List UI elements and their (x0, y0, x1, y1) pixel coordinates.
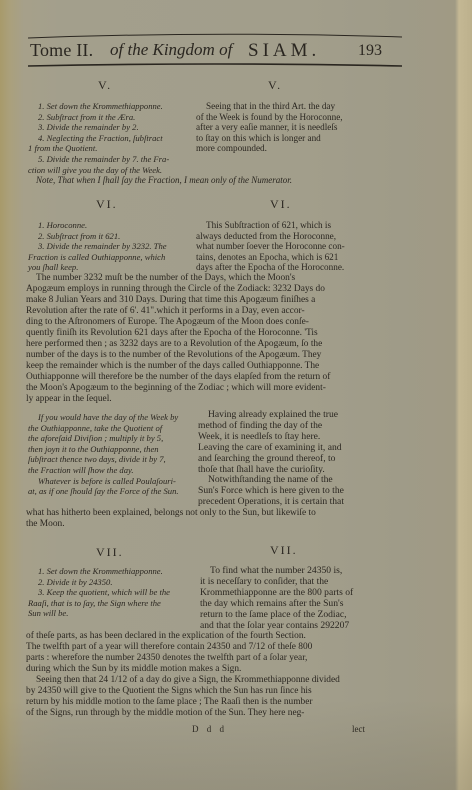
tome-label: Tome II. (30, 40, 93, 61)
section-v-right-heading: V. (268, 78, 282, 93)
section-v-rules: 1. Set down the Krommethiapponne. 2. Sub… (28, 101, 188, 175)
paragraph-line: number of the days is to the number of t… (26, 350, 364, 361)
paragraph-line: the Moon. (26, 519, 364, 530)
header-rule-bottom (28, 62, 402, 70)
section-vi-left-heading: VI. (96, 197, 118, 212)
paragraph-line: the Moon's Apogæum to the beginning of t… (26, 383, 364, 394)
paragraph-line: make 8 Julian Years and 310 Days. During… (26, 295, 364, 306)
section-v-commentary: Seeing that in the third Art. the day of… (196, 101, 362, 154)
commentary-line: to ſtay on this which is longer and (196, 133, 362, 144)
rule-line: ction will give you the day of the Week. (28, 165, 188, 176)
catchword: lect (352, 724, 365, 734)
section-vi-rules: 1. Horoconne. 2. Subſtract from it 621. … (28, 220, 190, 273)
rule-line: Whatever is before is called Poulaſouri- (28, 476, 192, 487)
section-vi-rules-2: If you would have the day of the Week by… (28, 412, 192, 497)
rule-line: 5. Divide the remainder by 7. the Fra- (28, 154, 188, 165)
title-caps: SIAM. (248, 40, 320, 62)
commentary-line: and ſearching the ground thereof, to (198, 454, 362, 465)
rule-line: 3. Keep the quotient, which will be the (28, 587, 192, 598)
rule-line: 4. Neglecting the Fraction, ſubſtract (28, 133, 188, 144)
rule-line: 1. Set down the Krommethiapponne. (28, 566, 192, 577)
rule-line: 1 from the Quotient. (28, 143, 188, 154)
section-vii-paragraph: of theſe parts, as has been declared in … (26, 631, 364, 719)
paragraph-line: parts : wherefore the number 24350 denot… (26, 653, 364, 664)
section-vi-tail: what has hitherto been explained, belong… (26, 508, 364, 530)
paragraph-line: of theſe parts, as has been declared in … (26, 631, 364, 642)
commentary-line: more compounded. (196, 143, 362, 154)
rule-line: at, as if one ſhould ſay the Force of th… (28, 486, 192, 497)
section-vi-paragraph: The number 3232 muſt be the number of th… (26, 273, 364, 405)
rule-line: 1. Horoconne. (28, 220, 190, 231)
commentary-line: of the Week is found by the Horoconne, (196, 112, 362, 123)
rule-line: the Fraction will ſhow the day. (28, 465, 192, 476)
paragraph-line: The number 3232 muſt be the number of th… (26, 273, 364, 284)
paragraph-line: what has hitherto been explained, belong… (26, 508, 364, 519)
commentary-line: and that the ſolar year contains 292207 (200, 621, 362, 632)
rule-line: the aforeſaid Diviſion ; multiply it by … (28, 433, 192, 444)
rule-line: ſubſtract thence two days, divide it by … (28, 454, 192, 465)
commentary-line: always deducted from the Horoconne, (196, 231, 362, 242)
section-v-note: Note, That when I ſhall ſay the Fraction… (26, 175, 364, 186)
rule-line: Sun will be. (28, 608, 192, 619)
header-rule-top (28, 32, 402, 40)
title-italic: of the Kingdom of (110, 40, 232, 60)
paragraph-line: ding to the Aſtronomers of Europe. The A… (26, 317, 364, 328)
commentary-line: the day which remains after the Sun's (200, 599, 362, 610)
commentary-line: what number ſoever the Horoconne con- (196, 241, 362, 252)
rule-line: If you would have the day of the Week by (28, 412, 192, 423)
paragraph-line: Revolution after the rate of 6'. 41".whi… (26, 306, 364, 317)
commentary-line: precedent Operations, it is certain that (198, 497, 362, 508)
commentary-line: after a very eaſie manner, it is needleſ… (196, 122, 362, 133)
section-vi-commentary-2: Having already explained the true method… (198, 410, 362, 508)
rule-line: Raaſi, that is to ſay, the Sign where th… (28, 598, 192, 609)
commentary-line: tains, denotes an Epocha, which is 621 (196, 252, 362, 263)
section-vi-commentary: This Subſtraction of 621, which is alway… (196, 220, 362, 273)
page-number: 193 (358, 42, 382, 60)
rule-line: you ſhall keep. (28, 262, 190, 273)
rule-line: then joyn it to the Outhiapponne, then (28, 444, 192, 455)
section-vii-left-heading: VII. (96, 545, 124, 560)
rule-line: the Outhiapponne, take the Quotient of (28, 423, 192, 434)
book-page: Tome II. of the Kingdom of SIAM. 193 V. … (0, 0, 472, 790)
section-v-left-heading: V. (98, 78, 112, 93)
running-header: Tome II. of the Kingdom of SIAM. 193 (28, 32, 402, 70)
section-vii-right-heading: VII. (270, 543, 298, 558)
rule-line: Fraction is called Outhiapponne, which (28, 252, 190, 263)
signature-mark: D d d (192, 724, 227, 734)
commentary-line: Leaving the care of examining it, and (198, 443, 362, 454)
paragraph-line: Seeing then that 24 1/12 of a day do giv… (26, 675, 364, 686)
rule-line: 2. Divide it by 24350. (28, 577, 192, 588)
paragraph-line: Outhiapponne will therefore be the numbe… (26, 372, 364, 383)
paragraph-line: during which the Sun by its middle motio… (26, 664, 364, 675)
section-vii-commentary: To find what the number 24350 is, it is … (200, 566, 362, 631)
rule-line: 2. Subſtract from it 621. (28, 231, 190, 242)
paragraph-line: keep the remainder which is the number o… (26, 361, 364, 372)
paragraph-line: Apogæum employs in running through the C… (26, 284, 364, 295)
paragraph-line: of the Signs, run through by the middle … (26, 708, 364, 719)
paragraph-line: here performed then ; as 3232 days are t… (26, 339, 364, 350)
paragraph-line: quently finiſh its Revolution 621 days a… (26, 328, 364, 339)
paragraph-line: by 24350 will give to the Quotient the S… (26, 686, 364, 697)
rule-line: 3. Divide the remainder by 2. (28, 122, 188, 133)
commentary-line: days after the Epocha of the Horoconne. (196, 262, 362, 273)
section-vii-rules: 1. Set down the Krommethiapponne. 2. Div… (28, 566, 192, 619)
paragraph-line: return by his middle motion to the ſame … (26, 697, 364, 708)
commentary-line: This Subſtraction of 621, which is (196, 220, 362, 231)
section-vi-right-heading: VI. (270, 197, 292, 212)
rule-line: 1. Set down the Krommethiapponne. (28, 101, 188, 112)
rule-line: 2. Subſtract from it the Æra. (28, 112, 188, 123)
paragraph-line: The twelfth part of a year will therefor… (26, 642, 364, 653)
commentary-line: return to the ſame place of the Zodiac, (200, 610, 362, 621)
commentary-line: Seeing that in the third Art. the day (196, 101, 362, 112)
paragraph-line: ly appear in the ſequel. (26, 394, 364, 405)
rule-line: 3. Divide the remainder by 3232. The (28, 241, 190, 252)
